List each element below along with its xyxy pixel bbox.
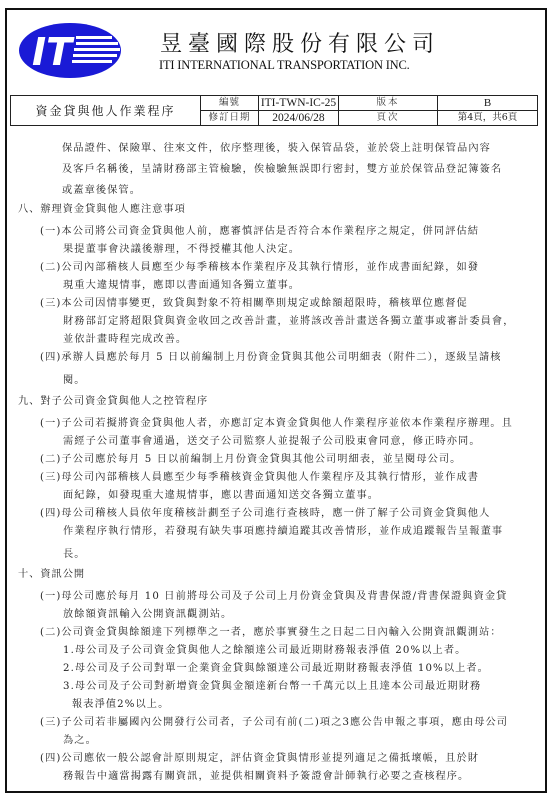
revision-date: 2024/06/28 xyxy=(259,111,339,126)
list-item-cont: 作業程序執行情形，若發現有缺失事項應持續追蹤其改善情形，並作成追蹤報告呈報董事 xyxy=(63,522,503,537)
list-item-cont: 閱。 xyxy=(63,371,86,386)
version-label: 版本 xyxy=(339,96,438,111)
list-item: (三)母公司內部稽核人員應至少每季稽核資金貸與他人作業程序及其執行情形，並作成書 xyxy=(40,468,479,483)
company-name-cn: 昱臺國際股份有限公司 xyxy=(160,27,440,58)
svg-text:IT: IT xyxy=(32,30,75,74)
list-item-cont: 並依計畫時程完成改善。 xyxy=(63,330,187,345)
list-item: (一)母公司應於每月 10 日前將母公司及子公司上月份資金貸與及背書保證/背書保… xyxy=(40,587,507,602)
list-item-cont: 果提董事會決議後辦理，不得授權其他人決定。 xyxy=(63,240,300,255)
paragraph-line: 或蓋章後保管。 xyxy=(62,181,141,196)
revision-date-label: 修訂日期 xyxy=(201,111,259,126)
list-item: (二)公司內部稽核人員應至少每季稽核本作業程序及其執行情形，並作成書面紀錄，如發 xyxy=(40,258,479,273)
list-item-cont: 為之。 xyxy=(63,731,97,746)
sub-list-item: 1.母公司及子公司資金貸與他人之餘額達公司最近期財務報表淨值 20%以上者。 xyxy=(63,641,466,656)
company-name-en: ITI INTERNATIONAL TRANSPORTATION INC. xyxy=(159,58,410,73)
section-heading-10: 十、資訊公開 xyxy=(18,565,85,580)
list-item: (二)子公司應於每月 5 日以前編制上月份資金貸與其他公司明細表，並呈閱母公司。 xyxy=(40,450,461,465)
list-item: (四)母公司稽核人員依年度稽核計劃至子公司進行查核時，應一併了解子公司資金貸與他… xyxy=(40,504,490,519)
section-heading-8: 八、辦理資金貸與他人應注意事項 xyxy=(18,200,186,215)
document-title: 資金貸與他人作業程序 xyxy=(11,96,201,126)
list-item-cont: 面紀錄，如發現重大違規情事，應以書面通知送交各獨立董事。 xyxy=(63,486,379,501)
list-item: (四)承辦人員應於每月 5 日以前編制上月份資金貸與其他公司明細表（附件二），逐… xyxy=(40,348,502,363)
iti-logo-icon: IT xyxy=(18,22,123,79)
list-item: (三)本公司因情事變更，致貸與對象不符相關準則規定或餘額超限時，稽核單位應督促 xyxy=(40,294,468,309)
list-item: (二)公司資金貸與餘額達下列標準之一者，應於事實發生之日起二日內輸入公開資訊觀測… xyxy=(40,623,502,638)
sub-list-item-cont: 報表淨值2%以上。 xyxy=(72,695,169,710)
sub-list-item: 3.母公司及子公司對新增資金貸與金額達新台幣一千萬元以上且達本公司最近期財務 xyxy=(63,677,481,692)
list-item-cont: 務報告中適當揭露有關資訊，並提供相關資料予簽證會計師執行必要之查核程序。 xyxy=(63,767,469,782)
list-item-cont: 長。 xyxy=(63,545,86,560)
paragraph-line: 及客戶名稱後，呈請財務部主管檢驗，俟檢驗無誤即行密封，雙方並於保管品登記簿簽名 xyxy=(62,160,502,175)
document-number: ITI-TWN-IC-25 xyxy=(259,96,339,111)
page-number: 第4頁，共6頁 xyxy=(438,111,538,126)
list-item-cont: 現重大違規情事，應即以書面通知各獨立董事。 xyxy=(63,276,300,291)
list-item-cont: 放餘額資訊輸入公開資訊觀測站。 xyxy=(63,605,232,620)
paragraph-line: 保品證件、保險單、往來文件，依序整理後，裝入保管品袋，並於袋上註明保管品內容 xyxy=(62,139,491,154)
document-info-table: 資金貸與他人作業程序 編號 ITI-TWN-IC-25 版本 B 修訂日期 20… xyxy=(10,95,538,126)
page-label: 頁次 xyxy=(339,111,438,126)
version-value: B xyxy=(438,96,538,111)
number-label: 編號 xyxy=(201,96,259,111)
list-item: (三)子公司若非屬國內公開發行公司者，子公司有前(二)項之3應公告申報之事項，應… xyxy=(40,713,508,728)
list-item: (一)本公司將公司資金貸與他人前，應審慎評估是否符合本作業程序之規定，併同評估結 xyxy=(40,222,479,237)
list-item: (一)子公司若擬將資金貸與他人者，亦應訂定本資金貸與他人作業程序並依本作業程序辦… xyxy=(40,414,513,429)
list-item-cont: 需經子公司董事會通過，送交子公司監察人並提報子公司股東會同意，修正時亦同。 xyxy=(63,432,481,447)
list-item: (四)公司應依一般公認會計原則規定，評估資金貸與情形並提列適足之備抵壞帳，且於財 xyxy=(40,749,479,764)
section-heading-9: 九、對子公司資金貸與他人之控管程序 xyxy=(18,392,208,407)
list-item-cont: 財務部訂定將超限貸與資金收回之改善計畫，並將該改善計畫送各獨立董事或審計委員會， xyxy=(63,312,515,327)
sub-list-item: 2.母公司及子公司對單一企業資金貸與餘額達公司最近期財務報表淨值 10%以上者。 xyxy=(63,659,489,674)
